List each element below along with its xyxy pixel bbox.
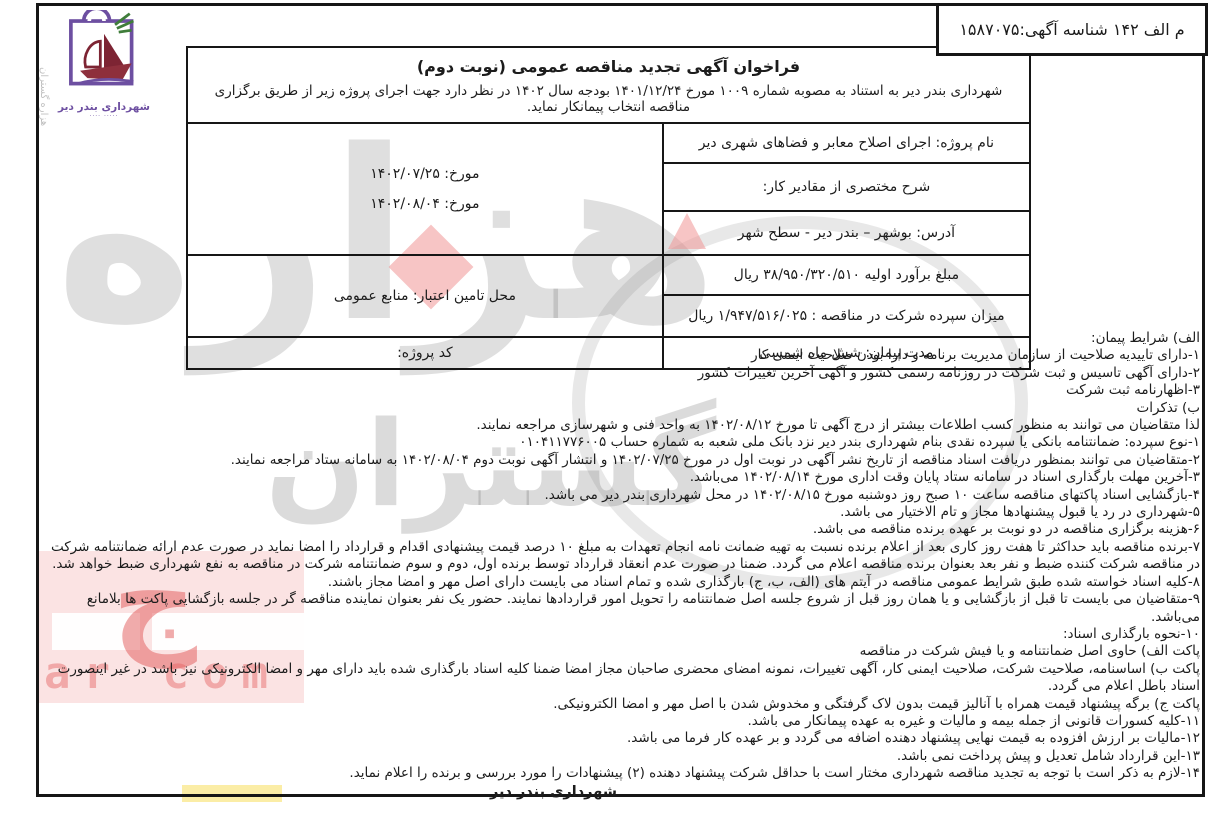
logo-caption-sub: ····· ···· bbox=[52, 113, 156, 120]
condition-line: ۱۳-این قرارداد شامل تعدیل و پیش پرداخت ن… bbox=[40, 748, 1200, 765]
condition-line: الف) شرایط پیمان: bbox=[40, 330, 1200, 347]
condition-line: ب) تذکرات bbox=[40, 400, 1200, 417]
tender-header-cell: فراخوان آگهی تجدید مناقصه عمومی (نوبت دو… bbox=[187, 47, 1030, 123]
condition-line: ۱۴-لازم به ذکر است با توجه به تجدید مناق… bbox=[40, 765, 1200, 782]
condition-line: پاکت الف) حاوی اصل ضمانتنامه و یا فیش شر… bbox=[40, 643, 1200, 660]
tender-table: فراخوان آگهی تجدید مناقصه عمومی (نوبت دو… bbox=[186, 46, 1031, 370]
municipality-logo: شهرداری بندر دیر ····· ···· bbox=[52, 10, 156, 132]
signature: شهرداری بندر دیر bbox=[40, 784, 1200, 801]
condition-line: لذا متقاضیان می توانند به منظور کسب اطلا… bbox=[40, 417, 1200, 434]
scanned-tender-document: { "header": { "ad_id": "م الف ۱۴۲ شناسه … bbox=[0, 0, 1211, 816]
condition-line: ۳-آخرین مهلت بارگذاری اسناد در سامانه ست… bbox=[40, 469, 1200, 486]
condition-line: ۶-هزینه برگزاری مناقصه در دو نوبت بر عهد… bbox=[40, 521, 1200, 538]
condition-line: پاکت ب) اساسنامه، صلاحیت شرکت، صلاحیت ای… bbox=[40, 661, 1200, 696]
condition-line: پاکت ج) برگه پیشنهاد قیمت همراه با آنالی… bbox=[40, 696, 1200, 713]
funding-source-cell: محل تامین اعتبار: منابع عمومی bbox=[187, 255, 663, 337]
logo-caption: شهرداری بندر دیر bbox=[52, 102, 156, 113]
first-notice-date: مورخ: ۱۴۰۲/۰۷/۲۵ bbox=[196, 166, 654, 182]
conditions-list: الف) شرایط پیمان:۱-دارای تاییدیه صلاحیت … bbox=[40, 330, 1200, 783]
tender-subtitle: شهرداری بندر دیر به استناد به مصوبه شمار… bbox=[196, 83, 1021, 115]
ad-id-text: م الف ۱۴۲ شناسه آگهی:۱۵۸۷۰۷۵ bbox=[959, 20, 1184, 39]
condition-line: ۴-بازگشایی اسناد پاکتهای مناقصه ساعت ۱۰ … bbox=[40, 487, 1200, 504]
tender-title: فراخوان آگهی تجدید مناقصه عمومی (نوبت دو… bbox=[196, 53, 1021, 76]
initial-estimate-cell: مبلغ برآورد اولیه ۳۸/۹۵۰/۳۲۰/۵۱۰ ریال bbox=[663, 255, 1030, 295]
condition-line: ۸-کلیه اسناد خواسته شده طبق شرایط عمومی … bbox=[40, 574, 1200, 591]
condition-line: ۵-شهرداری در رد یا قبول پیشنهادها مجاز و… bbox=[40, 504, 1200, 521]
project-name-cell: نام پروژه: اجرای اصلاح معابر و فضاهای شه… bbox=[663, 123, 1030, 163]
municipality-emblem-icon bbox=[52, 10, 156, 102]
condition-line: ۱-دارای تاییدیه صلاحیت از سازمان مدیریت … bbox=[40, 347, 1200, 364]
ad-id-box: م الف ۱۴۲ شناسه آگهی:۱۵۸۷۰۷۵ bbox=[936, 3, 1208, 56]
condition-line: ۱-نوع سپرده: ضمانتنامه بانکی یا سپرده نق… bbox=[40, 434, 1200, 451]
address-cell: آدرس: بوشهر – بندر دیر - سطح شهر bbox=[663, 211, 1030, 255]
condition-line: ۲-متقاضیان می توانند بمنظور دریافت اسناد… bbox=[40, 452, 1200, 469]
second-notice-date: مورخ: ۱۴۰۲/۰۸/۰۴ bbox=[196, 196, 654, 212]
condition-line: ۱۲-مالیات بر ارزش افزوده به قیمت نهایی پ… bbox=[40, 730, 1200, 747]
work-description-cell: شرح مختصری از مقادیر کار: bbox=[663, 163, 1030, 211]
notice-dates-cell: مورخ: ۱۴۰۲/۰۷/۲۵ مورخ: ۱۴۰۲/۰۸/۰۴ bbox=[187, 123, 663, 255]
condition-line: ۷-برنده مناقصه باید حداکثر تا هفت روز کا… bbox=[40, 539, 1200, 574]
condition-line: ۱۰-نحوه بارگذاری اسناد: bbox=[40, 626, 1200, 643]
condition-line: ۹-متقاضیان می بایست تا قبل از بازگشایی و… bbox=[40, 591, 1200, 626]
condition-line: ۳-اظهارنامه ثبت شرکت bbox=[40, 382, 1200, 399]
condition-line: ۱۱-کلیه کسورات قانونی از جمله بیمه و مال… bbox=[40, 713, 1200, 730]
conditions-section: الف) شرایط پیمان:۱-دارای تاییدیه صلاحیت … bbox=[40, 330, 1200, 801]
condition-line: ۲-دارای آگهی تاسیس و ثبت شرکت در روزنامه… bbox=[40, 365, 1200, 382]
